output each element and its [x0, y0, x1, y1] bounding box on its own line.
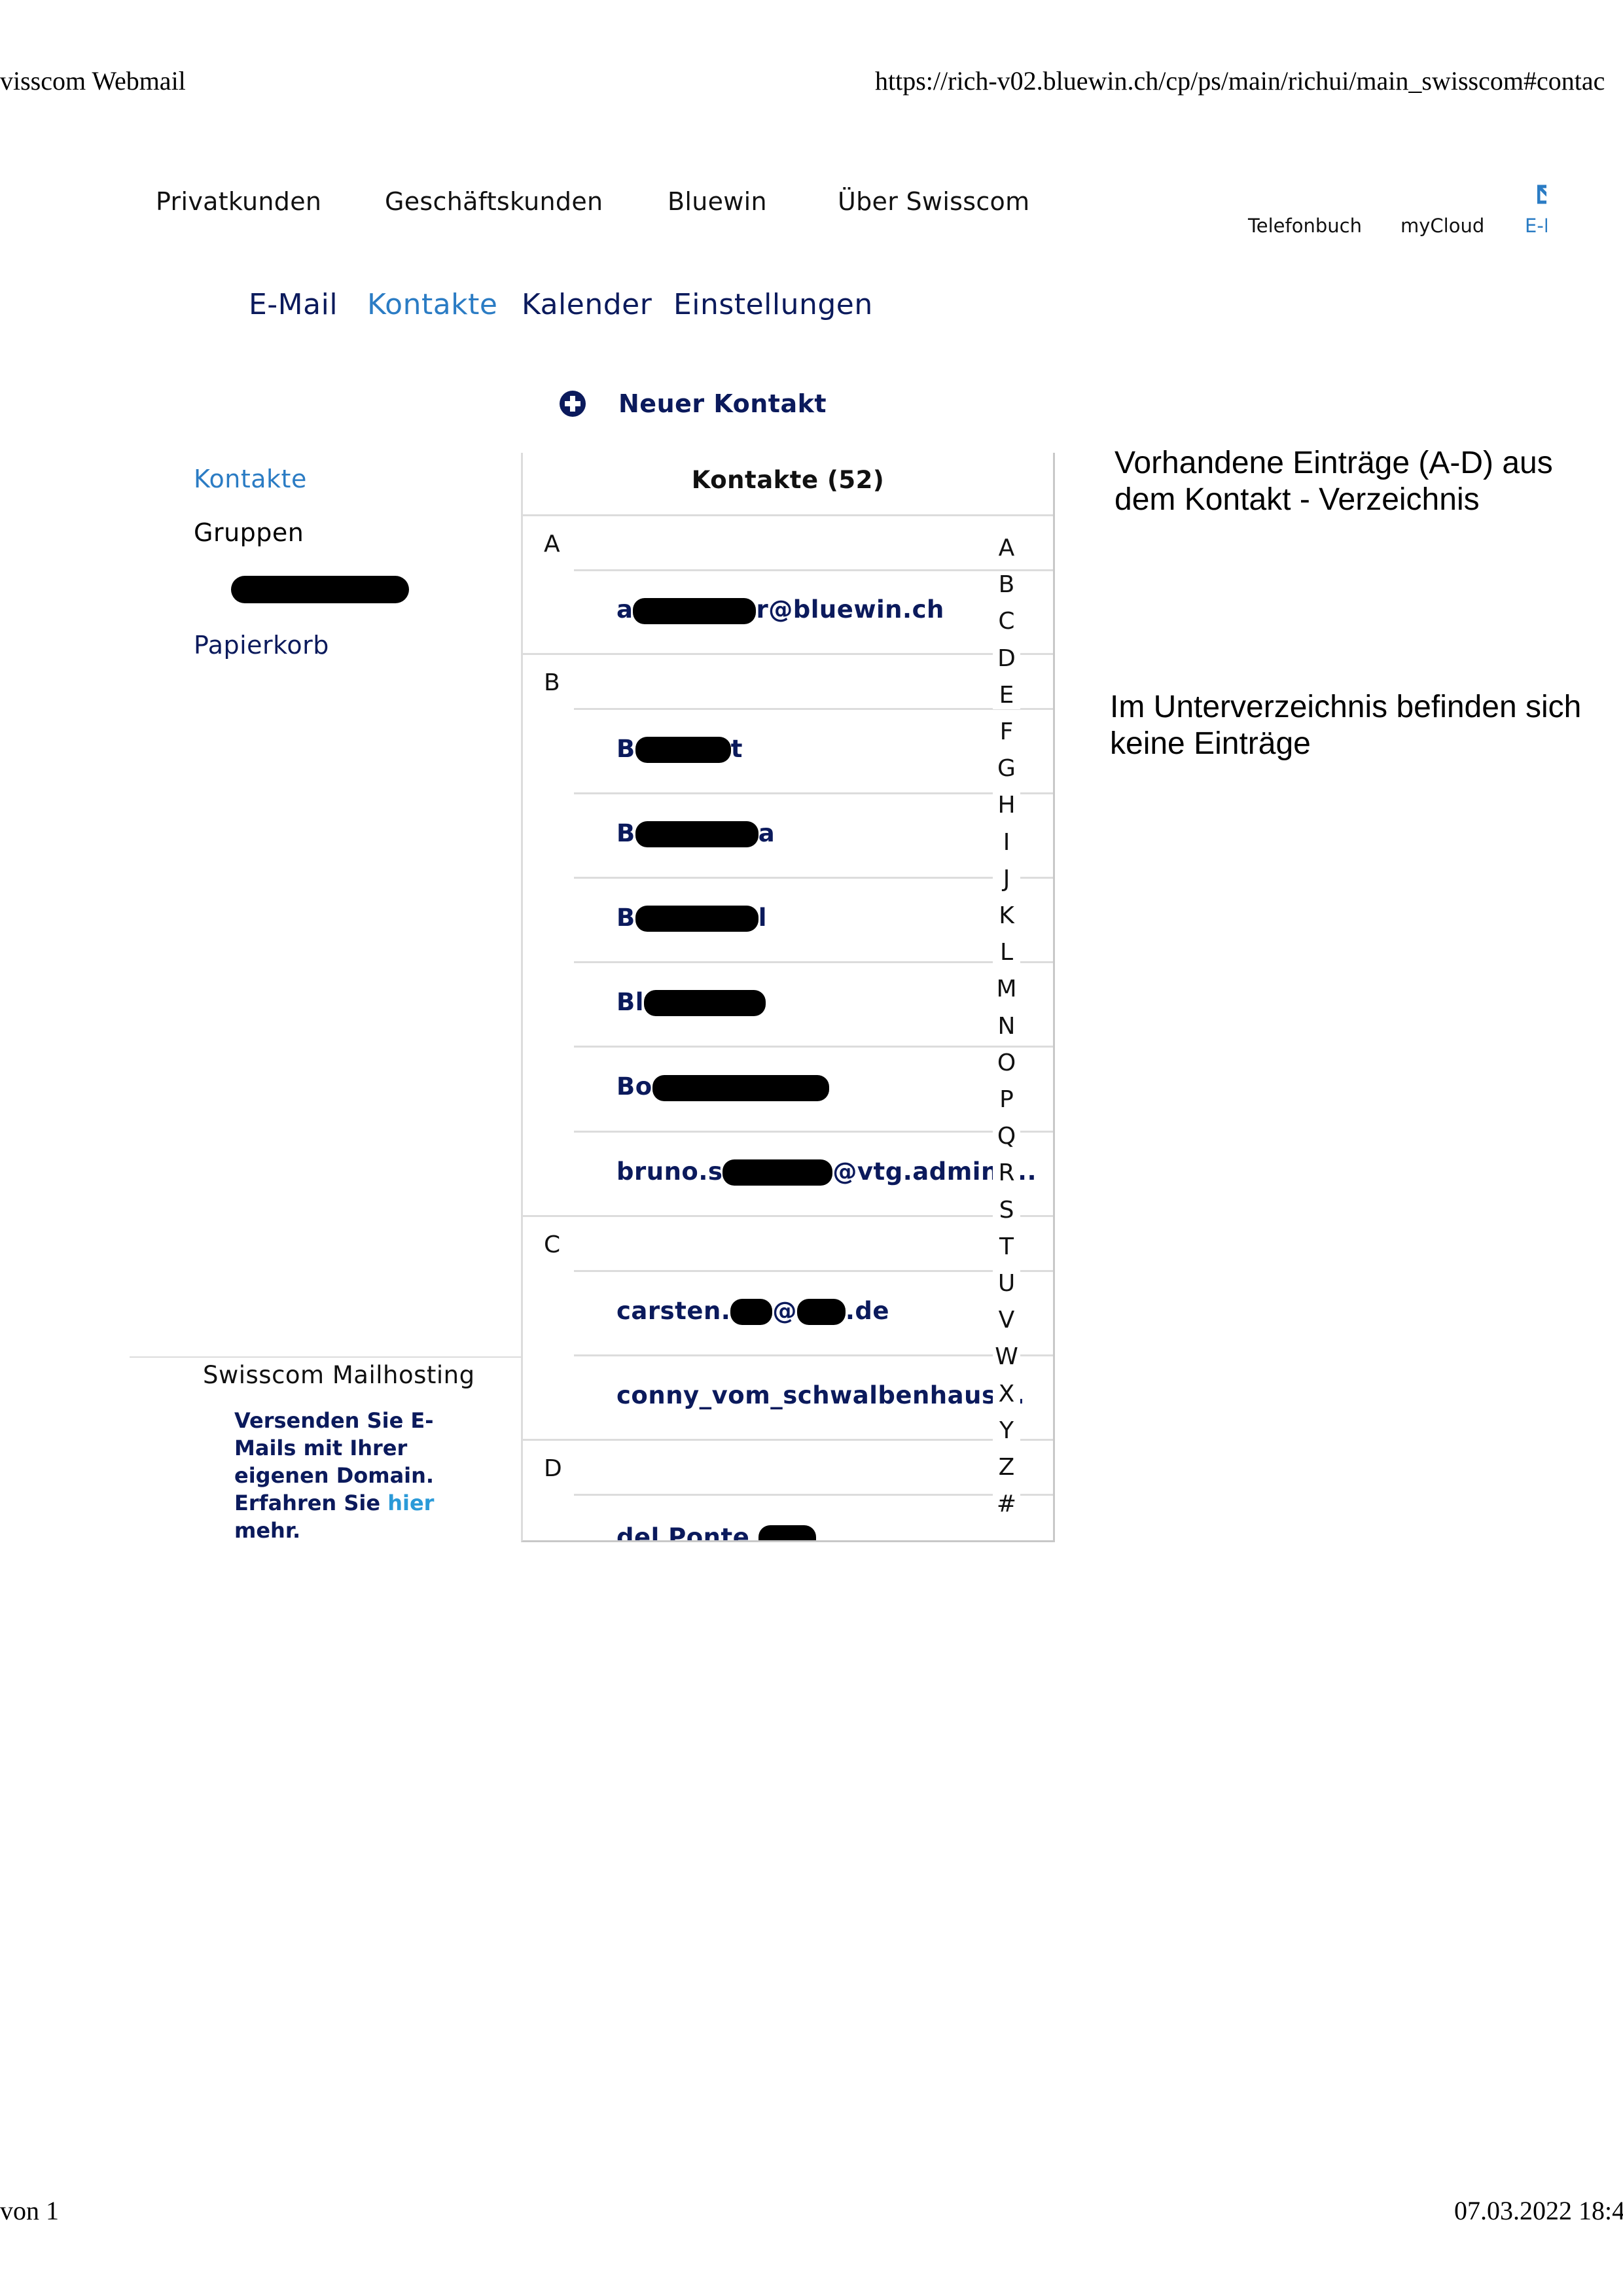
alpha-index-z[interactable]: Z: [993, 1454, 1020, 1481]
redacted-gap: [722, 1159, 832, 1186]
contact-list-title: Kontakte (52): [523, 466, 1053, 494]
section-letter: C: [544, 1231, 560, 1258]
row-divider: [574, 1354, 1053, 1356]
contact-name[interactable]: ar@bluewin.ch: [616, 595, 944, 624]
redacted-gap: [635, 906, 758, 932]
section-letter: A: [544, 531, 560, 557]
redacted-gap: [633, 598, 756, 624]
topnav-privatkunden[interactable]: Privatkunden: [156, 187, 321, 216]
contact-row[interactable]: Bl: [523, 961, 1053, 1046]
contact-name-start: a: [616, 595, 633, 624]
alpha-index-f[interactable]: F: [993, 718, 1020, 746]
alpha-index-e[interactable]: E: [993, 682, 1020, 709]
section-letter: D: [544, 1455, 562, 1482]
section-letter: B: [544, 669, 560, 696]
contact-name[interactable]: del Ponte: [616, 1523, 816, 1543]
topnav-ueber-swisscom[interactable]: Über Swisscom: [838, 187, 1029, 216]
promo-body-end: mehr.: [234, 1518, 300, 1543]
section-header: D: [523, 1439, 1053, 1494]
link-telefonbuch[interactable]: Telefonbuch: [1248, 215, 1362, 237]
page-number: von 1: [0, 2195, 59, 2226]
alpha-index-g[interactable]: G: [993, 755, 1020, 783]
section-header: A: [523, 514, 1053, 569]
alpha-index-u[interactable]: U: [993, 1270, 1020, 1298]
contact-name-start: B: [616, 819, 635, 847]
contact-name[interactable]: Bl: [616, 904, 767, 932]
alpha-index-c[interactable]: C: [993, 608, 1020, 635]
window-title: visscom Webmail: [0, 65, 186, 96]
contact-name-end: t: [731, 735, 743, 763]
contact-row[interactable]: Bl: [523, 877, 1053, 961]
alpha-index-x[interactable]: X: [993, 1381, 1020, 1408]
contact-name[interactable]: bruno.s@vtg.admin....: [616, 1157, 1037, 1186]
contact-name-end: r@bluewin.ch: [756, 595, 944, 624]
annotation-subdirectory: Im Unterverzeichnis befinden sich keine …: [1110, 689, 1607, 762]
alpha-index-o[interactable]: O: [993, 1050, 1020, 1077]
tab-kontakte[interactable]: Kontakte: [367, 288, 498, 321]
sidebar-item-group-redacted[interactable]: [231, 576, 409, 603]
promo-text: Versenden Sie E-Mails mit Ihrer eigenen …: [234, 1407, 483, 1544]
contact-row[interactable]: ar@bluewin.ch: [523, 569, 1053, 653]
contact-name-end: l: [758, 904, 767, 932]
alpha-index-r[interactable]: R: [993, 1159, 1020, 1187]
contact-name-start: B: [616, 735, 635, 763]
contact-name[interactable]: Bt: [616, 735, 743, 764]
plus-circle-icon[interactable]: [560, 391, 586, 417]
contact-row[interactable]: Ba: [523, 792, 1053, 877]
contact-name-start: del Ponte: [616, 1523, 758, 1543]
alpha-index-l[interactable]: L: [993, 939, 1020, 966]
alpha-index-i[interactable]: I: [993, 829, 1020, 857]
alpha-index-n[interactable]: N: [993, 1013, 1020, 1040]
contact-name-start: Bo: [616, 1072, 652, 1101]
contact-row[interactable]: Bo: [523, 1046, 1053, 1131]
alpha-index-a[interactable]: A: [993, 535, 1020, 562]
contact-name-end: a: [758, 819, 775, 847]
contact-name-end: .de: [846, 1297, 889, 1325]
annotation-entries: Vorhandene Einträge (A-D) aus dem Kontak…: [1115, 445, 1612, 518]
sidebar-item-gruppen[interactable]: Gruppen: [194, 518, 304, 547]
alpha-index-p[interactable]: P: [993, 1086, 1020, 1114]
contact-name[interactable]: conny_vom_schwalbenhaus...: [616, 1381, 1025, 1409]
promo-link[interactable]: hier: [387, 1491, 434, 1515]
tab-einstellungen[interactable]: Einstellungen: [673, 288, 873, 321]
redacted-gap: [730, 1299, 772, 1325]
alpha-index-k[interactable]: K: [993, 902, 1020, 930]
alpha-index-v[interactable]: V: [993, 1307, 1020, 1334]
promo-divider: [130, 1356, 521, 1358]
topnav-geschaeftskunden[interactable]: Geschäftskunden: [385, 187, 603, 216]
redacted-gap: [635, 737, 731, 763]
envelope-icon[interactable]: [1537, 185, 1546, 204]
contact-list: Kontakte (52) Aar@bluewin.chBBtBaBlBlBob…: [521, 453, 1055, 1542]
redacted-gap: [635, 821, 758, 847]
row-divider: [574, 1131, 1053, 1133]
contact-row[interactable]: Bt: [523, 708, 1053, 792]
sidebar-item-papierkorb[interactable]: Papierkorb: [194, 631, 329, 660]
contact-name[interactable]: Bl: [616, 988, 766, 1017]
alpha-index-y[interactable]: Y: [993, 1417, 1020, 1445]
row-divider: [574, 961, 1053, 963]
row-divider: [574, 792, 1053, 794]
alpha-index-h[interactable]: H: [993, 792, 1020, 819]
row-divider: [574, 708, 1053, 710]
alpha-index-hash[interactable]: #: [993, 1491, 1020, 1518]
alpha-index-d[interactable]: D: [993, 645, 1020, 673]
contact-row[interactable]: carsten.@.de: [523, 1270, 1053, 1354]
contact-name[interactable]: Bo: [616, 1072, 829, 1101]
topnav-bluewin[interactable]: Bluewin: [668, 187, 767, 216]
row-divider: [574, 877, 1053, 879]
alpha-index-w[interactable]: W: [993, 1343, 1020, 1371]
row-divider: [574, 569, 1053, 571]
contact-name-start: bruno.s: [616, 1157, 722, 1186]
contact-name-start: conny_vom_schwalbenhaus...: [616, 1381, 1025, 1409]
contact-name-middle: @: [772, 1297, 797, 1325]
contact-row[interactable]: del Ponte: [523, 1494, 1053, 1542]
promo-title: Swisscom Mailhosting: [203, 1361, 475, 1389]
contact-name-start: carsten.: [616, 1297, 730, 1325]
contact-name[interactable]: carsten.@.de: [616, 1297, 889, 1326]
alpha-index-b[interactable]: B: [993, 571, 1020, 599]
page-url: https://rich-v02.bluewin.ch/cp/ps/main/r…: [875, 65, 1605, 96]
tab-email[interactable]: E-Mail: [249, 288, 338, 321]
new-contact-button[interactable]: Neuer Kontakt: [618, 389, 827, 418]
contact-row[interactable]: conny_vom_schwalbenhaus...: [523, 1354, 1053, 1439]
redacted-gap: [758, 1525, 816, 1542]
redacted-gap: [652, 1075, 829, 1101]
redacted-gap: [797, 1299, 846, 1325]
alpha-index-j[interactable]: J: [993, 866, 1020, 893]
redacted-gap: [644, 990, 766, 1016]
sidebar-item-kontakte[interactable]: Kontakte: [194, 465, 307, 493]
link-email[interactable]: E-M: [1525, 215, 1547, 237]
contact-name-start: Bl: [616, 988, 644, 1016]
link-mycloud[interactable]: myCloud: [1400, 215, 1484, 237]
contact-row[interactable]: bruno.s@vtg.admin....: [523, 1131, 1053, 1215]
alpha-index-s[interactable]: S: [993, 1197, 1020, 1224]
print-datetime: 07.03.2022 18:4: [1454, 2195, 1623, 2226]
alpha-index-m[interactable]: M: [993, 976, 1020, 1003]
alpha-index-q[interactable]: Q: [993, 1123, 1020, 1150]
row-divider: [574, 1046, 1053, 1048]
section-header: B: [523, 653, 1053, 708]
contact-name[interactable]: Ba: [616, 819, 775, 848]
alpha-index-t[interactable]: T: [993, 1233, 1020, 1261]
row-divider: [574, 1270, 1053, 1272]
section-header: C: [523, 1215, 1053, 1270]
tab-kalender[interactable]: Kalender: [522, 288, 652, 321]
contact-name-start: B: [616, 904, 635, 932]
row-divider: [574, 1494, 1053, 1496]
